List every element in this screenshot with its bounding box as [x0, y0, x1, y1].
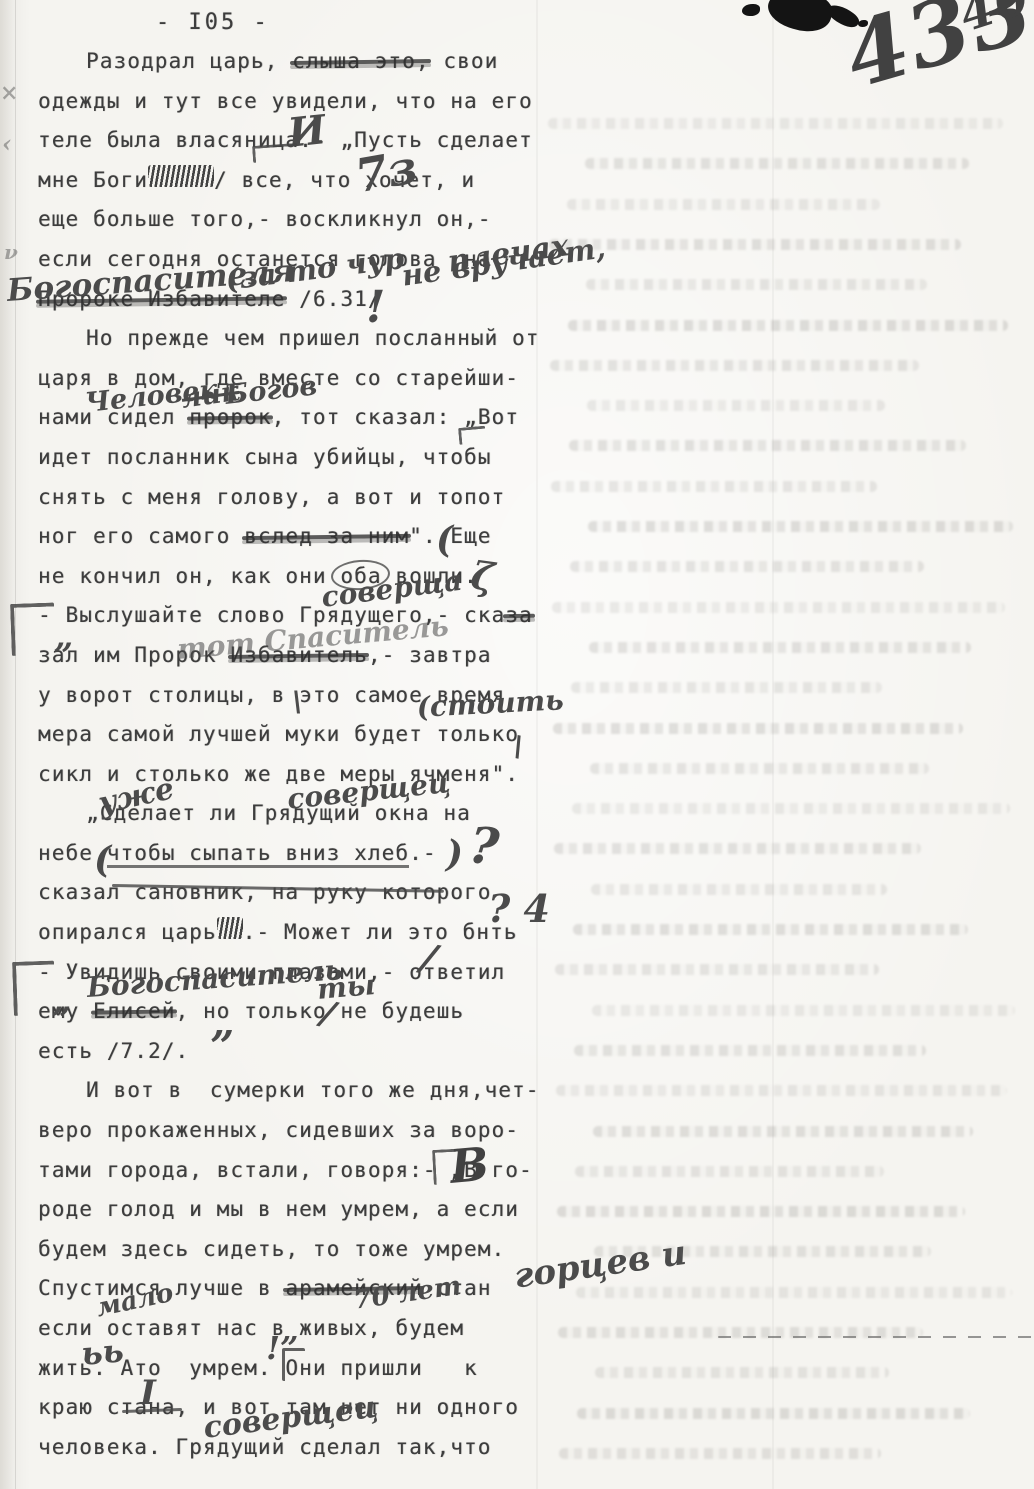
struck-text: Елисей: [93, 999, 175, 1023]
ink-blot: [742, 4, 760, 16]
hand-bracket-mark: [252, 143, 298, 163]
typed-text: мне Боги: [38, 168, 148, 192]
bleed-through-line: [555, 964, 879, 975]
handwritten-note: ‹: [2, 132, 12, 156]
hand-bracket-mark: [10, 602, 56, 656]
handwritten-note: ν: [4, 242, 18, 262]
typed-line: веро прокаженных, сидевших за воро-: [38, 1111, 598, 1151]
typed-line: ног его самого вслед за ним". Еще: [38, 517, 598, 557]
typed-text: .- Может ли это бнть: [243, 920, 518, 944]
handwritten-note: ?: [467, 820, 501, 873]
typed-text: еще больше того,- воскликнул он,-: [38, 207, 492, 231]
bleed-through-line: [586, 279, 927, 290]
handwritten-note: ? 4: [488, 890, 550, 928]
typed-text: будем здесь сидеть, то тоже умрем.: [38, 1237, 505, 1261]
typed-text: .-: [409, 841, 437, 865]
bleed-through-line: [591, 884, 887, 895]
typed-line: Но прежде чем пришел посланный от: [38, 319, 598, 359]
bleed-through-line: [556, 1085, 1007, 1096]
handwritten-note: ζ: [469, 556, 497, 597]
typed-line: роде голод и мы в нем умрем, а если: [38, 1190, 598, 1230]
typed-text: есть /7.2/.: [38, 1039, 189, 1063]
struck-text: слыша это,: [292, 49, 429, 73]
manuscript-page: - I05 - Разодрал царь, слыша это, своиод…: [0, 0, 1034, 1489]
bleed-through-line: [594, 1246, 931, 1257]
bleed-through-line: [549, 239, 961, 250]
handwritten-note: ”: [210, 1026, 234, 1068]
bleed-through-line: [587, 400, 885, 411]
bleed-through-line: [569, 440, 966, 451]
typed-text: Но прежде чем пришел посланный от: [86, 326, 540, 350]
bleed-through-line: [577, 1408, 970, 1419]
struck-text: вслед за ним: [244, 524, 409, 548]
bleed-through-line: [570, 561, 924, 572]
bleed-through-line: [593, 1126, 973, 1137]
typed-text: И вот в сумерки того же дня,чет-: [86, 1078, 540, 1102]
typed-text: мера самой лучшей муки будет только: [38, 722, 519, 746]
handwritten-note: !: [366, 286, 385, 330]
bleed-through-line: [558, 1327, 923, 1338]
typed-line: небе чтобы сыпать вниз хлеб.-: [38, 834, 598, 874]
typed-text: веро прокаженных, сидевших за воро-: [38, 1118, 519, 1142]
hand-bracket-mark: [432, 1149, 461, 1185]
page-number: - I05 -: [156, 10, 270, 35]
typed-text: роде голод и мы в нем умрем, а если: [38, 1197, 519, 1221]
bleed-through-line: [559, 1448, 881, 1459]
handwritten-note: (стоить: [416, 686, 564, 722]
typed-text: не кончил он, как они: [38, 564, 340, 588]
bleed-through-line: [553, 723, 963, 734]
bleed-through-line: [552, 602, 1005, 613]
hand-bracket-mark: [458, 426, 486, 445]
handwritten-note: ×: [0, 82, 18, 104]
bleed-through-line: [574, 1045, 926, 1056]
typed-line: еще больше того,- воскликнул он,-: [38, 200, 598, 240]
scribble-mark: [217, 917, 243, 939]
typed-text: Разодрал царь,: [86, 49, 292, 73]
handwritten-note: „: [54, 620, 74, 654]
typed-text: свои: [430, 49, 499, 73]
scribble-mark: [148, 165, 214, 187]
bleed-through-line: [557, 1206, 965, 1217]
bleed-through-line: [572, 803, 1010, 814]
typed-text: опирался царь: [38, 920, 217, 944]
bleed-through-line: [575, 1166, 884, 1177]
paper-fold-line: [772, 0, 774, 1489]
typed-line: не кончил он, как они оба вошли.: [38, 557, 598, 597]
handwritten-note: I: [140, 1376, 156, 1410]
underlined-text: чтобы сыпать вниз хлеб: [107, 841, 409, 868]
struck-text: за: [505, 603, 533, 627]
handwritten-note: 7з: [352, 143, 420, 199]
hand-bracket-mark: [282, 1348, 305, 1381]
typed-line: мне Боги / все, что хочет, и: [38, 161, 598, 201]
bleed-through-line: [568, 320, 1008, 331]
typed-text: сказал сановник, на руку которого: [38, 880, 492, 904]
typed-line: есть /7.2/.: [38, 1032, 598, 1072]
bleed-through-line: [595, 1367, 889, 1378]
typed-line: человека. Грядущий сделал так,что: [38, 1428, 598, 1468]
bleed-through-line: [589, 642, 971, 653]
bleed-through-line: [588, 521, 1013, 532]
typed-line: тами города, встали, говоря:- „В го-: [38, 1151, 598, 1191]
handwritten-note: ьь: [80, 1334, 125, 1370]
bleed-through-line: [590, 763, 929, 774]
handwritten-note: \: [292, 688, 302, 716]
paper-edge-line: [15, 0, 16, 1489]
hand-bracket-mark: [12, 961, 56, 1016]
typed-line: И вот в сумерки того же дня,чет-: [38, 1071, 598, 1111]
typed-line: Разодрал царь, слыша это, свои: [38, 42, 598, 82]
typed-text: идет посланник сына убийцы, чтобы: [38, 445, 492, 469]
bleed-through-line: [576, 1287, 1012, 1298]
bleed-through-line: [571, 682, 882, 693]
typed-text: ног его самого: [38, 524, 244, 548]
bleed-through-line: [548, 118, 1003, 129]
ink-blot: [858, 20, 868, 27]
handwritten-note: (: [436, 522, 453, 558]
typed-line: идет посланник сына убийцы, чтобы: [38, 438, 598, 478]
bleed-through-line: [592, 1005, 1015, 1016]
bleed-through-line: [550, 360, 919, 371]
bleed-through-line: [585, 158, 969, 169]
typed-text: снять с меня голову, а вот и топот: [38, 485, 505, 509]
bleed-through-line: [554, 843, 921, 854]
bleed-through-line: [551, 481, 877, 492]
typed-text: / все, что хочет, и: [214, 168, 475, 192]
handwritten-note: ): [446, 836, 463, 872]
typed-line: снять с меня голову, а вот и топот: [38, 478, 598, 518]
bleed-through-line: [573, 924, 968, 935]
handwritten-note: (: [94, 842, 111, 878]
ink-blot: [763, 0, 836, 39]
bleed-through-line: [567, 199, 880, 210]
